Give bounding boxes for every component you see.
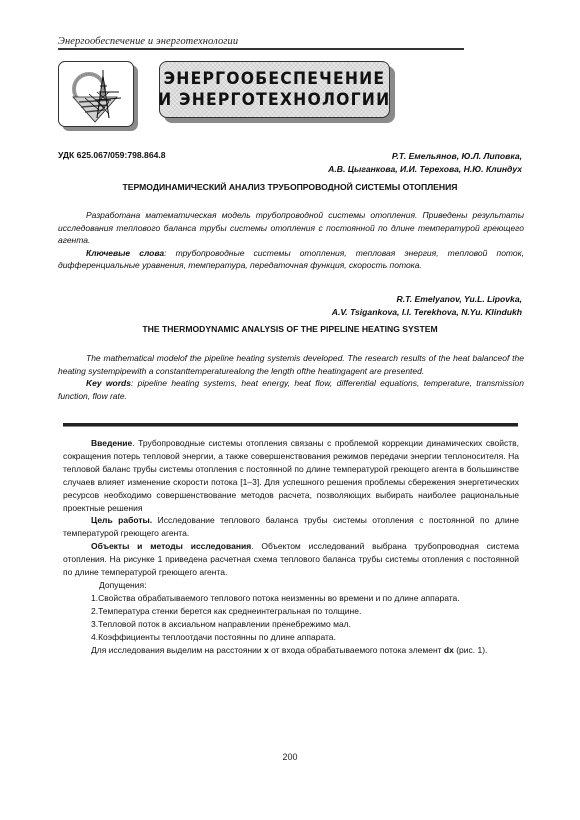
methods-paragraph: Объекты и методы исследования. Объектом … xyxy=(63,540,519,579)
section-divider xyxy=(63,423,518,427)
assumption-item: 2.Температура стенки берется как среднеи… xyxy=(63,605,519,618)
final-paragraph: Для исследования выделим на расстоянии x… xyxy=(63,644,519,657)
assumption-item: 1.Свойства обрабатываемого теплового пот… xyxy=(63,592,519,605)
keywords-ru-label: Ключевые слова xyxy=(86,248,164,258)
udc-code: УДК 625.067/059:798.864.8 xyxy=(58,150,166,160)
abstract-english: The mathematical modelof the pipeline he… xyxy=(58,352,524,402)
final-text-pre: Для исследования выделим на расстоянии xyxy=(91,645,264,655)
journal-title-banner: ЭНЕРГООБЕСПЕЧЕНИЕ И ЭНЕРГОТЕХНОЛОГИИ xyxy=(159,61,390,118)
goal-paragraph: Цель работы. Исследование теплового бала… xyxy=(63,514,519,540)
running-head: Энергообеспечение и энерготехнологии xyxy=(58,36,238,47)
authors-ru-line-2: А.В. Цыганкова, И.И. Терехова, Н.Ю. Клин… xyxy=(328,163,522,176)
power-tower-emblem-icon xyxy=(59,62,133,126)
assumptions-heading: Допущения: xyxy=(63,579,519,592)
variable-dx: dx xyxy=(444,645,454,655)
authors-en-line-2: A.V. Tsigankova, I.I. Terekhova, N.Yu. K… xyxy=(332,306,522,319)
methods-label: Объекты и методы исследования xyxy=(91,541,251,551)
keywords-en: Key words: pipeline heating systems, hea… xyxy=(58,377,524,402)
authors-english: R.T. Emelyanov, Yu.L. Lipovka, A.V. Tsig… xyxy=(332,293,522,319)
journal-page: Энергообеспечение и энерготехнологии ЭНЕ… xyxy=(0,0,580,820)
intro-label: Введение xyxy=(91,438,132,448)
banner-line-2: И ЭНЕРГОТЕХНОЛОГИИ xyxy=(158,90,390,111)
abstract-russian: Разработана математическая модель трубоп… xyxy=(58,209,524,272)
banner-line-1: ЭНЕРГООБЕСПЕЧЕНИЕ xyxy=(164,69,386,90)
assumption-item: 4.Коэффициенты теплоотдачи постоянны по … xyxy=(63,631,519,644)
abstract-ru-text: Разработана математическая модель трубоп… xyxy=(58,209,524,247)
journal-logo xyxy=(58,61,134,127)
article-title-english: THE THERMODYNAMIC ANALYSIS OF THE PIPELI… xyxy=(0,324,580,334)
final-text-post: (рис. 1). xyxy=(454,645,488,655)
final-text-mid: от входа обрабатываемого потока элемент xyxy=(269,645,444,655)
authors-russian: Р.Т. Емельянов, Ю.Л. Липовка, А.В. Цыган… xyxy=(328,150,522,176)
authors-ru-line-1: Р.Т. Емельянов, Ю.Л. Липовка, xyxy=(328,150,522,163)
keywords-ru: Ключевые слова: трубопроводные системы о… xyxy=(58,247,524,272)
article-body: Введение. Трубопроводные системы отоплен… xyxy=(63,437,519,656)
keywords-en-label: Key words xyxy=(86,378,131,388)
header-rule xyxy=(58,48,464,50)
authors-en-line-1: R.T. Emelyanov, Yu.L. Lipovka, xyxy=(332,293,522,306)
intro-paragraph: Введение. Трубопроводные системы отоплен… xyxy=(63,437,519,514)
page-number: 200 xyxy=(0,752,580,762)
article-title-russian: ТЕРМОДИНАМИЧЕСКИЙ АНАЛИЗ ТРУБОПРОВОДНОЙ … xyxy=(0,182,580,192)
goal-label: Цель работы. xyxy=(91,515,152,525)
intro-text: . Трубопроводные системы отопления связа… xyxy=(63,438,519,513)
assumption-item: 3.Тепловой поток в аксиальном направлени… xyxy=(63,618,519,631)
abstract-en-text: The mathematical modelof the pipeline he… xyxy=(58,352,524,377)
